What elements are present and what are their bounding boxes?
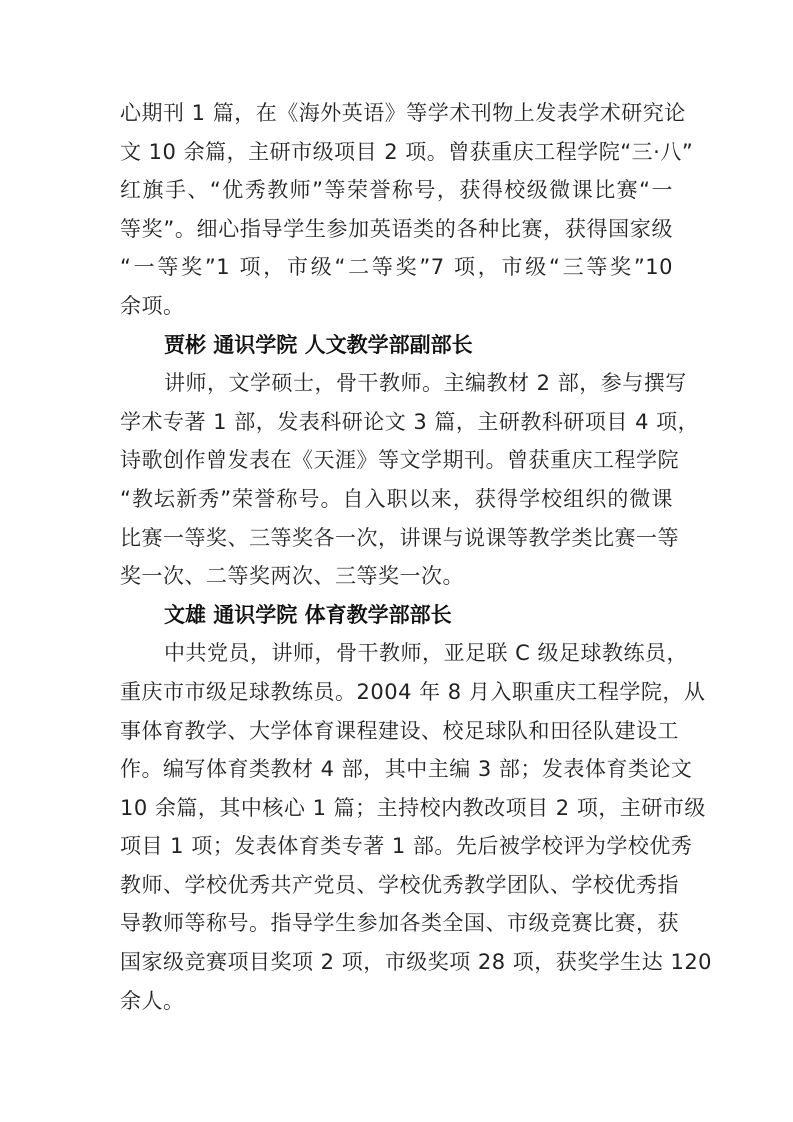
text-line: 奖一次、二等奖两次、三等奖一次。 xyxy=(120,562,673,601)
text-line: 讲师，文学硕士，骨干教师。主编教材 2 部，参与撰写 xyxy=(120,369,673,408)
profile-heading: 贾彬 通识学院 人文教学部副部长 xyxy=(120,331,673,370)
text-line: 作。编写体育类教材 4 部，其中主编 3 部；发表体育类论文 xyxy=(120,755,673,794)
text-line: 余项。 xyxy=(120,292,673,331)
text-line: 诗歌创作曾发表在《天涯》等文学期刊。曾获重庆工程学院 xyxy=(120,446,673,485)
text-line: 中共党员，讲师，骨干教师，亚足联 C 级足球教练员， xyxy=(120,639,673,678)
document-page: 心期刊 1 篇，在《海外英语》等学术刊物上发表学术研究论 文 10 余篇，主研市… xyxy=(0,0,793,1122)
text-line: 文 10 余篇，主研市级项目 2 项。曾获重庆工程学院“三·八” xyxy=(120,138,673,177)
profile-heading: 文雄 通识学院 体育教学部部长 xyxy=(120,601,673,640)
text-line: 比赛一等奖、三等奖各一次，讲课与说课等教学类比赛一等 xyxy=(120,524,673,563)
profile-wen-xiong: 文雄 通识学院 体育教学部部长 中共党员，讲师，骨干教师，亚足联 C 级足球教练… xyxy=(120,601,673,1026)
text-line: 导教师等称号。指导学生参加各类全国、市级竞赛比赛，获 xyxy=(120,909,673,948)
text-line: “一等奖”1 项，市级“二等奖”7 项，市级“三等奖”10 xyxy=(120,253,673,292)
text-line: 重庆市市级足球教练员。2004 年 8 月入职重庆工程学院，从 xyxy=(120,678,673,717)
profile-jia-bin: 贾彬 通识学院 人文教学部副部长 讲师，文学硕士，骨干教师。主编教材 2 部，参… xyxy=(120,331,673,601)
text-line: 国家级竞赛项目奖项 2 项，市级奖项 28 项，获奖学生达 120 xyxy=(120,948,673,987)
text-line: 教师、学校优秀共产党员、学校优秀教学团队、学校优秀指 xyxy=(120,871,673,910)
text-line: 余人。 xyxy=(120,987,673,1026)
text-line: 心期刊 1 篇，在《海外英语》等学术刊物上发表学术研究论 xyxy=(120,99,673,138)
text-line: 学术专著 1 部，发表科研论文 3 篇，主研教科研项目 4 项， xyxy=(120,408,673,447)
document-body: 心期刊 1 篇，在《海外英语》等学术刊物上发表学术研究论 文 10 余篇，主研市… xyxy=(120,99,673,1025)
text-line: 10 余篇，其中核心 1 篇；主持校内教改项目 2 项，主研市级 xyxy=(120,794,673,833)
text-line: “教坛新秀”荣誉称号。自入职以来，获得学校组织的微课 xyxy=(120,485,673,524)
paragraph-continuation: 心期刊 1 篇，在《海外英语》等学术刊物上发表学术研究论 文 10 余篇，主研市… xyxy=(120,99,673,331)
text-line: 事体育教学、大学体育课程建设、校足球队和田径队建设工 xyxy=(120,717,673,756)
text-line: 等奖”。细心指导学生参加英语类的各种比赛，获得国家级 xyxy=(120,215,673,254)
text-line: 项目 1 项；发表体育类专著 1 部。先后被学校评为学校优秀 xyxy=(120,832,673,871)
text-line: 红旗手、“优秀教师”等荣誉称号，获得校级微课比赛“一 xyxy=(120,176,673,215)
